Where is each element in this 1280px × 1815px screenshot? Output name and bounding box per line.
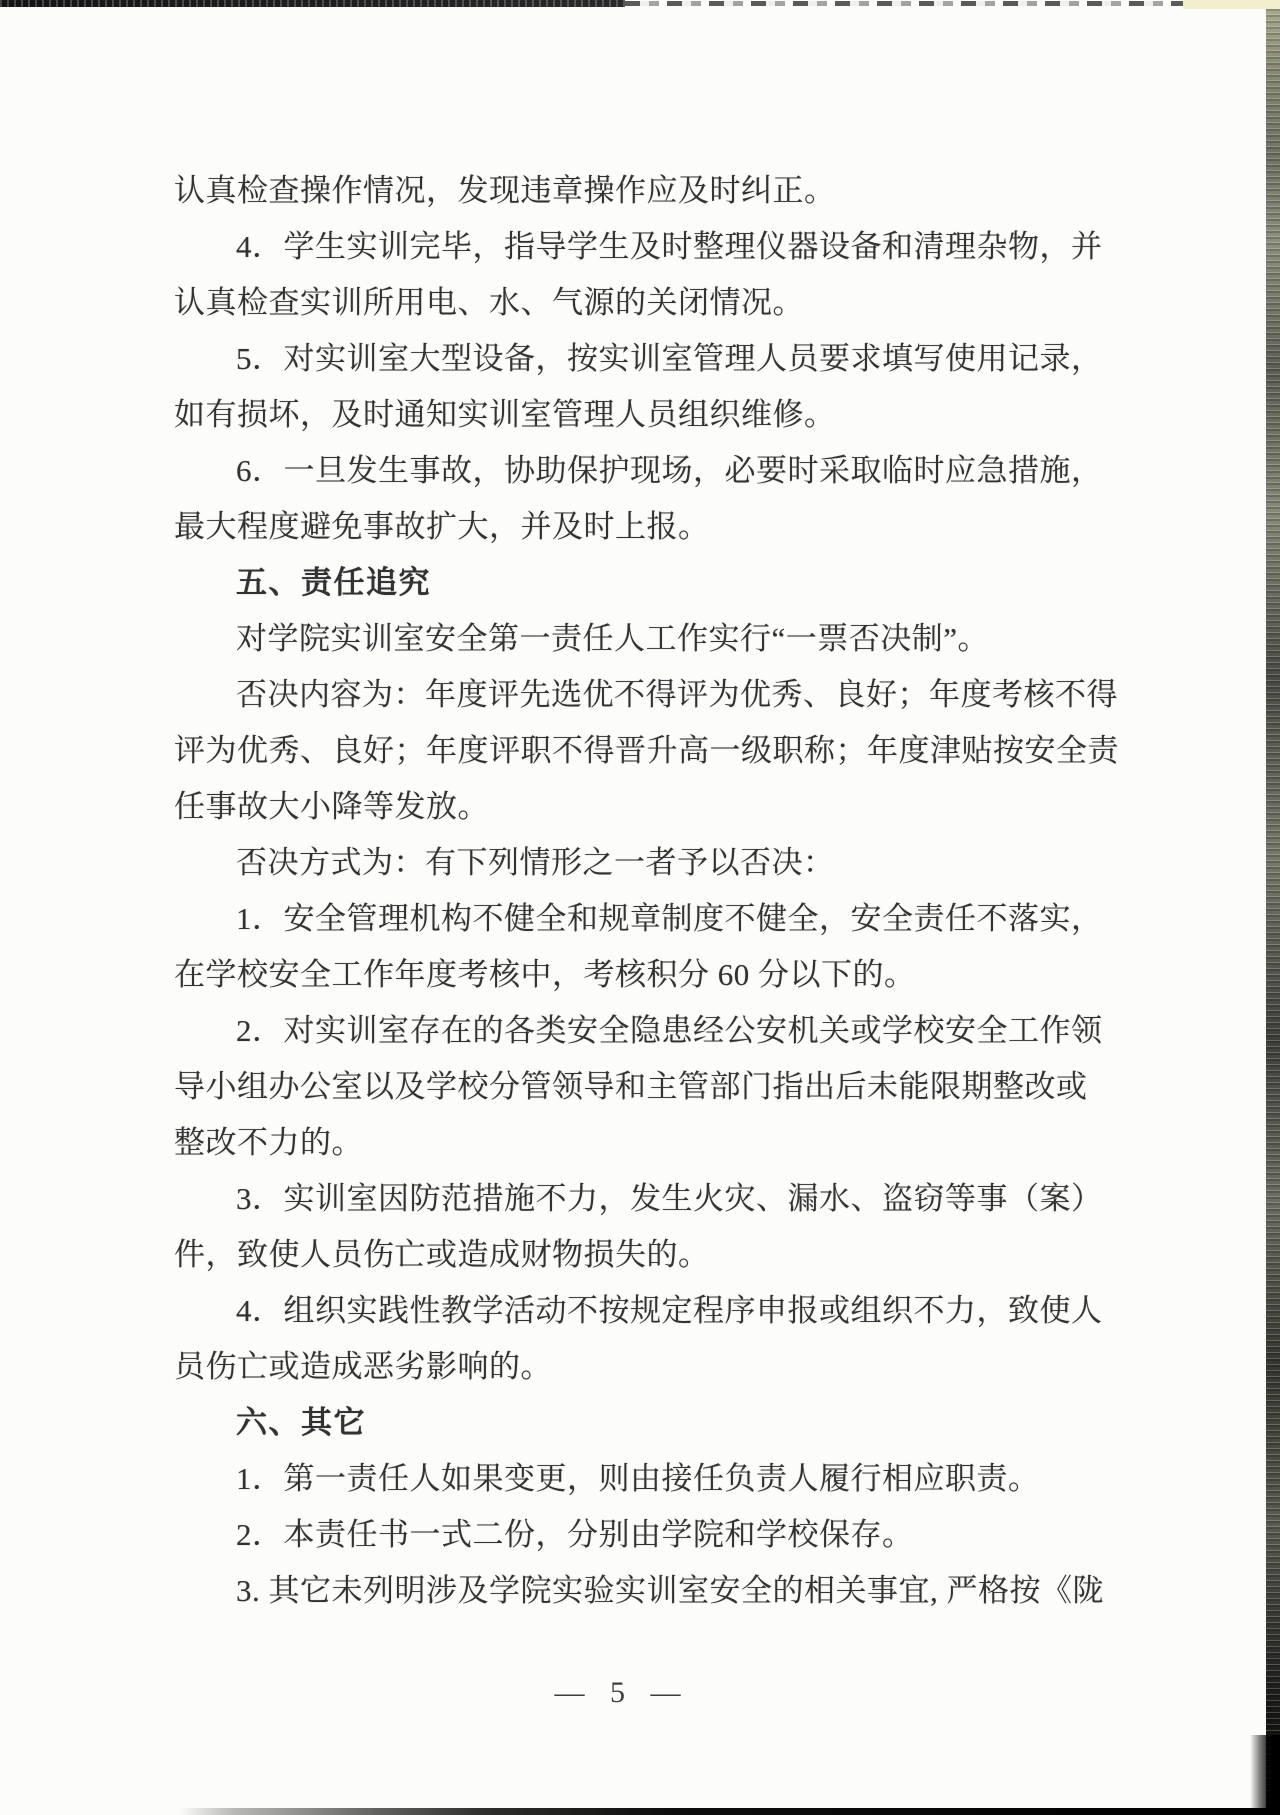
text-line: 1．第一责任人如果变更，则由接任负责人履行相应职责。 [174, 1451, 1109, 1507]
text-line: 6．一旦发生事故，协助保护现场，必要时采取临时应急措施， [174, 443, 1109, 499]
text-line: 3．实训室因防范措施不力，发生火灾、漏水、盗窃等事（案） [174, 1171, 1109, 1227]
scan-right-edge-artifact [1266, 9, 1280, 1815]
scan-corner-yellow-artifact [1183, 0, 1280, 9]
scan-top-edge-dashes-artifact [625, 1, 1197, 6]
document-text: 认真检查操作情况，发现违章操作应及时纠正。 4．学生实训完毕，指导学生及时整理仪… [174, 163, 1109, 1619]
text-line: 认真检查操作情况，发现违章操作应及时纠正。 [174, 163, 1109, 219]
scanned-document-page: 认真检查操作情况，发现违章操作应及时纠正。 4．学生实训完毕，指导学生及时整理仪… [0, 0, 1280, 1815]
section-heading: 五、责任追究 [174, 555, 1109, 611]
text-line: 导小组办公室以及学校分管领导和主管部门指出后未能限期整改或 [174, 1059, 1109, 1115]
scan-bottom-edge-artifact [178, 1808, 1280, 1815]
text-line: 4．组织实践性教学活动不按规定程序申报或组织不力，致使人 [174, 1283, 1109, 1339]
section-heading: 六、其它 [174, 1395, 1109, 1451]
scan-top-edge-artifact [0, 0, 625, 7]
text-line: 3. 其它未列明涉及学院实验实训室安全的相关事宜, 严格按《陇 [174, 1563, 1109, 1619]
text-line: 4．学生实训完毕，指导学生及时整理仪器设备和清理杂物，并 [174, 219, 1109, 275]
text-line: 件，致使人员伤亡或造成财物损失的。 [174, 1227, 1109, 1283]
text-line: 5．对实训室大型设备，按实训室管理人员要求填写使用记录， [174, 331, 1109, 387]
text-line: 对学院实训室安全第一责任人工作实行“一票否决制”。 [174, 611, 1109, 667]
text-line: 在学校安全工作年度考核中，考核积分 60 分以下的。 [174, 947, 1109, 1003]
text-line: 2．对实训室存在的各类安全隐患经公安机关或学校安全工作领 [174, 1003, 1109, 1059]
page-number: — 5 — [0, 1676, 1236, 1710]
text-line: 如有损坏，及时通知实训室管理人员组织维修。 [174, 387, 1109, 443]
text-line: 2．本责任书一式二份，分别由学院和学校保存。 [174, 1507, 1109, 1563]
text-line: 1．安全管理机构不健全和规章制度不健全，安全责任不落实， [174, 891, 1109, 947]
text-line: 任事故大小降等发放。 [174, 779, 1109, 835]
text-line: 员伤亡或造成恶劣影响的。 [174, 1339, 1109, 1395]
text-line: 认真检查实训所用电、水、气源的关闭情况。 [174, 275, 1109, 331]
text-line: 最大程度避免事故扩大，并及时上报。 [174, 499, 1109, 555]
text-line: 否决内容为：年度评先选优不得评为优秀、良好；年度考核不得 [174, 667, 1109, 723]
text-line: 否决方式为：有下列情形之一者予以否决： [174, 835, 1109, 891]
text-line: 整改不力的。 [174, 1115, 1109, 1171]
scan-right-bottom-corner-artifact [1250, 1735, 1280, 1815]
text-line: 评为优秀、良好；年度评职不得晋升高一级职称；年度津贴按安全责 [174, 723, 1109, 779]
